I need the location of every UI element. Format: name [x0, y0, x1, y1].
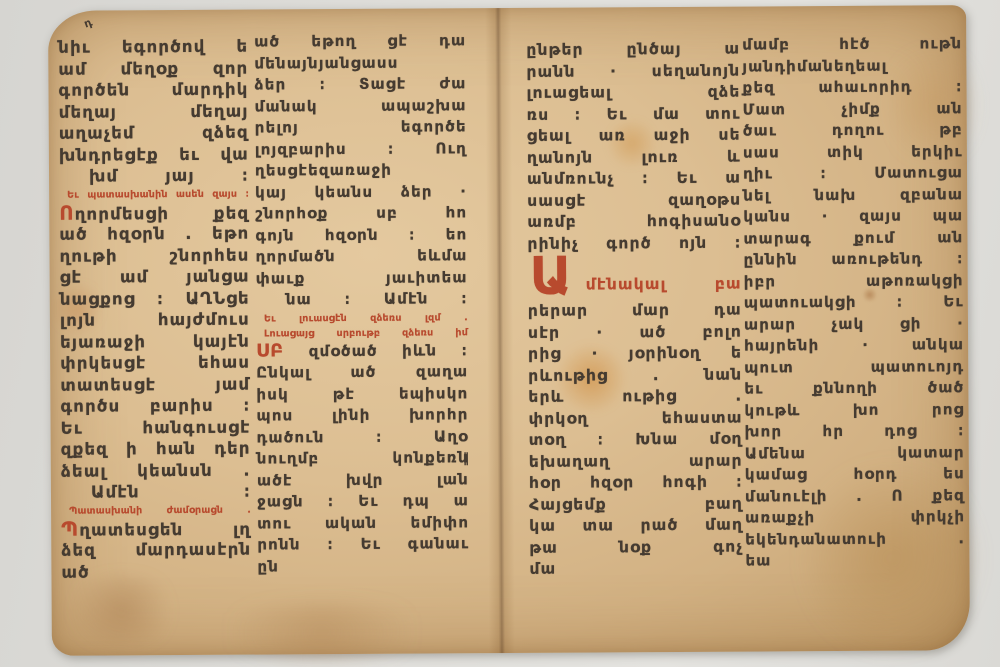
body-text: նա ։ Ամէն ։: [286, 289, 468, 308]
body-text: ամ մեղօք զոր: [58, 58, 248, 78]
text-line: Ողորմեսցի քեզ: [59, 201, 249, 224]
body-text: ած հզօրն . եթո: [59, 224, 249, 244]
body-text: զմօծած իևն ։: [284, 341, 468, 360]
text-line: մա: [529, 558, 743, 581]
body-text: տատեսցէ յամ: [60, 374, 250, 394]
paper-stain: [61, 575, 181, 646]
body-text: ղատեսցեն լղ: [79, 519, 251, 539]
text-line: րանն · սեղանոյն: [526, 60, 740, 83]
body-text: ղութի շնորհես: [59, 245, 249, 265]
text-line: Եւ հանգուսցէ: [61, 416, 251, 439]
body-text: եյառաջի կայէն: [60, 331, 250, 351]
text-line: ցեալ առ աջի սե: [527, 125, 741, 148]
text-line: եկենդանատուի .: [745, 528, 965, 551]
body-text: հօր հզօր հոգի ։: [529, 473, 743, 492]
text-line: Ամէնակալ բա: [528, 268, 742, 301]
text-line: ղորմածն եևմա: [255, 245, 467, 268]
text-line: տարագ քում ան: [743, 227, 963, 250]
body-text: եխաղաղ արար: [529, 451, 743, 470]
text-line: գործս բարիս ։: [60, 395, 250, 418]
column-3: ընթեր ընծայ արանն · սեղանոյնլուացեալ զձե…: [526, 39, 743, 581]
body-text: եւ քննողի ծած: [744, 378, 964, 397]
text-line: փաւք յաւիտեա: [256, 267, 468, 290]
text-line: կութև խո րոց: [744, 399, 964, 422]
text-line: զքեզ ի հան դեր: [61, 438, 251, 461]
text-line: նիւ եգործով ե: [58, 36, 248, 59]
text-line: ած եթող ցէ դա: [254, 30, 466, 53]
text-line: եա: [745, 549, 965, 572]
text-line: կայ կեանս ձեր ·: [255, 181, 467, 204]
body-text: մենայնյանցասս: [254, 53, 398, 72]
body-text: տու ական եմիփո: [257, 513, 469, 532]
body-text: պուտ պատուոյդ: [744, 357, 964, 376]
text-line: լոյն հայժմուս: [60, 309, 250, 332]
body-text: նուղմբ կոնքեռն: [257, 448, 469, 467]
text-line: Ամենա կատար: [745, 442, 965, 465]
rubric-text: Լուացայց սրբութբ զձեռս իմ: [264, 327, 468, 339]
body-text: ըն: [257, 557, 279, 575]
text-line: մանուէլի . Ո քեզ: [745, 485, 965, 508]
text-line: ծաւ դողու թբ: [743, 119, 963, 142]
manuscript-photo: դ ‖ նիւ եգործով եամ մեղօք զորգործեն մարդ…: [0, 0, 1000, 667]
body-text: կութև խո րոց: [744, 400, 964, 419]
body-text: իսկ թէ եպիսկո: [256, 384, 468, 403]
body-text: լոյզբարիս ։ Ուղ: [255, 139, 467, 158]
body-text: ձեզ մարդասէրն: [61, 540, 251, 560]
text-line: կանս · զայս պա: [743, 205, 963, 228]
text-line: մեղայ մեղայ: [59, 100, 249, 123]
body-text: մեղայ մեղայ: [59, 101, 249, 121]
body-text: ղորմեսցի քեզ: [75, 203, 250, 223]
body-text: խնդրեցէք եւ վա: [59, 144, 249, 164]
text-line: նա ։ Ամէն ։: [256, 288, 468, 311]
text-line: ձեր ։ Տացէ ժա: [254, 73, 466, 96]
body-text: նել նախ զբանա: [743, 185, 963, 204]
text-line: կա տա րած մաղ: [529, 515, 743, 538]
column-2: ած եթող ցէ դամենայնյանցասսձեր ։ Տացէ ժամ…: [254, 30, 469, 577]
body-text: Ամէն ։: [91, 482, 251, 502]
body-text: գոյն հզօրն ։ եո: [255, 225, 467, 244]
text-line: եւ քննողի ծած: [744, 377, 964, 400]
body-text: ցեալ առ աջի սե: [527, 126, 741, 145]
body-text: ըննին առութենդ ։: [744, 249, 964, 268]
body-text: Եւ հանգուսցէ: [61, 417, 251, 437]
text-line: րելոյ եգործե: [255, 116, 467, 139]
text-line: հօր հզօր հոգի ։: [529, 472, 743, 495]
text-line: տօղ ։ Խնա մօղ: [529, 429, 743, 452]
body-text: սաս տիկ երկիւ: [743, 142, 963, 161]
text-line: Պատասխանի ժամօրացն .: [61, 502, 251, 518]
text-line: տու ական եմիփո: [257, 512, 469, 535]
text-line: Եւ պատասխանին ասեն զայս ։: [59, 186, 249, 202]
body-text: գործեն մարդիկ: [58, 80, 248, 100]
text-line: Հայցեմք բաղ: [529, 493, 743, 516]
text-line: ՍԲ զմօծած իևն ։: [256, 340, 468, 363]
text-line: ղիւ ։ Մատուցա: [743, 162, 963, 185]
text-line: մանակ ապաշխա: [255, 95, 467, 118]
body-text: դածուն ։ Աղօ: [257, 427, 469, 446]
body-text: կայ կեանս ձեր ·: [255, 182, 467, 201]
page-gutter-shadow: [485, 8, 515, 653]
text-line: ած: [61, 560, 251, 583]
body-text: զքեզ ի հան դեր: [61, 439, 251, 459]
body-text: մանուէլի . Ո քեզ: [745, 486, 965, 505]
body-text: շնորհօք սբ հո: [255, 203, 467, 222]
body-text: սէր · ած բոլո: [528, 322, 742, 341]
rubric-text: Եւ լուասցէն զձեռս լզմ .: [264, 312, 468, 324]
text-line: սասցէ զաղօթս: [527, 189, 741, 212]
text-line: ջացն ։ Եւ դպ ա: [257, 490, 469, 513]
body-text: յանդիմանեղեալ: [742, 56, 887, 75]
text-line: սէր · ած բոլո: [528, 321, 742, 344]
text-line: ձեզ մարդասէրն: [61, 539, 251, 562]
text-line: Մատ չիմք ան: [743, 98, 963, 121]
text-line: մամբ հէծ ութն: [742, 33, 962, 56]
rubric-text: Եւ պատասխանին ասեն զայս ։: [67, 188, 249, 200]
body-text: խմ յայ ։: [89, 166, 249, 186]
body-text: մանակ ապաշխա: [255, 96, 467, 115]
text-line: պատուակցի ։ Եւ: [744, 291, 964, 314]
text-line: ածէ խվր լան: [257, 469, 469, 492]
text-line: նուղմբ կոնքեռն: [257, 447, 469, 470]
body-text: եկենդանատուի .: [745, 529, 965, 548]
body-text: գործս բարիս ։: [60, 396, 250, 416]
text-line: գոյն հզօրն ։ եո: [255, 224, 467, 247]
text-line: ած հզօրն . եթո: [59, 223, 249, 246]
paper-stain: [202, 603, 442, 659]
text-line: նացքոց ։ ԱՂՆցե: [60, 287, 250, 310]
body-text: փաւք յաւիտեա: [256, 268, 468, 287]
body-text: ձեալ կեանսն .: [61, 460, 251, 480]
column-4: մամբ հէծ ութնյանդիմանեղեալքեզ ահաւորիդ ։…: [742, 33, 965, 572]
body-text: ղիւ ։ Մատուցա: [743, 163, 963, 182]
text-line: փրկեսցէ եհաս: [60, 352, 250, 375]
text-line: առաքչի փրկչի: [745, 506, 965, 529]
body-text: թա նօք գոչ: [529, 537, 743, 556]
text-line: ամ մեղօք զոր: [58, 57, 248, 80]
text-line: դածուն ։ Աղօ: [257, 426, 469, 449]
text-line: պուտ պատուոյդ: [744, 356, 964, 379]
body-text: արար չակ ցի ·: [744, 314, 964, 333]
text-line: իբր աթոռակցի: [744, 270, 964, 293]
body-text: փրկեսցէ եհաս: [60, 353, 250, 373]
body-text: հայրենի · անկա: [744, 335, 964, 354]
body-text: փրկօղ եհաստա: [528, 408, 742, 427]
text-line: խոր հր դոց ։: [745, 420, 965, 443]
column-1: նիւ եգործով եամ մեղօք զորգործեն մարդիկմե…: [58, 36, 251, 583]
text-line: յանդիմանեղեալ: [742, 55, 962, 78]
body-text: անմռունչ ։ Եւ ա: [527, 169, 741, 188]
text-line: մենայնյանցասս: [254, 52, 466, 75]
rubric-text: Ո: [59, 201, 75, 224]
text-line: շնորհօք սբ հո: [255, 202, 467, 225]
body-text: տարագ քում ան: [743, 228, 963, 247]
body-text: լուացեալ զձե: [526, 83, 740, 102]
body-text: րելոյ եգործե: [255, 117, 467, 136]
text-line: Եւ լուասցէն զձեռս լզմ .: [256, 310, 468, 326]
text-line: խնդրեցէք եւ վա: [59, 143, 249, 166]
body-text: ջացն ։ Եւ դպ ա: [257, 491, 469, 510]
text-line: ղանոյն լուռ և: [527, 146, 741, 169]
text-line: պոս լինի խորհր: [256, 404, 468, 427]
body-text: Հայցեմք բաղ: [529, 494, 743, 513]
body-text: րոնն ։ Եւ գանաւ: [257, 534, 469, 553]
text-line: ընթեր ընծայ ա: [526, 39, 740, 62]
text-line: ըն: [257, 555, 469, 578]
text-line: քեզ ահաւորիդ ։: [742, 76, 962, 99]
flourish-mark: դ: [82, 16, 94, 31]
text-line: Ամէն ։: [61, 481, 251, 504]
body-text: սասցէ զաղօթս: [527, 190, 741, 209]
text-line: ղութի շնորհես: [59, 244, 249, 267]
text-line: ձեալ կեանսն .: [61, 459, 251, 482]
body-text: մա: [529, 560, 556, 578]
body-text: երև ութից .: [528, 387, 742, 406]
rubric-text: մէնակալ բա: [586, 275, 742, 294]
body-text: մամբ հէծ ութն: [742, 34, 962, 53]
text-line: սաս տիկ երկիւ: [743, 141, 963, 164]
body-text: եա: [745, 551, 771, 569]
text-line: րից · յօրինօղ ե: [528, 343, 742, 366]
body-text: ղորմածն եևմա: [255, 246, 467, 265]
body-text: ած եթող ցէ դա: [254, 31, 466, 50]
body-text: աղաչեմ զձեզ: [59, 123, 249, 143]
body-text: Մատ չիմք ան: [743, 99, 963, 118]
body-text: նիւ եգործով ե: [58, 37, 248, 57]
illuminated-initial: Ա: [530, 251, 574, 303]
text-line: իսկ թէ եպիսկո: [256, 383, 468, 406]
body-text: ծաւ դողու թբ: [743, 120, 963, 139]
text-line: լոյզբարիս ։ Ուղ: [255, 138, 467, 161]
body-text: ռս ։ Եւ մա տու: [527, 104, 741, 123]
body-text: քեզ ահաւորիդ ։: [742, 77, 962, 96]
body-text: ածէ խվր լան: [257, 470, 469, 489]
body-text: առաքչի փրկչի: [745, 507, 965, 526]
text-line: ըննին առութենդ ։: [744, 248, 964, 271]
body-text: րից · յօրինօղ ե: [528, 344, 742, 363]
body-text: նացքոց ։ ԱՂՆցե: [60, 288, 250, 308]
text-line: թա նօք գոչ: [529, 536, 743, 559]
text-line: խմ յայ ։: [59, 165, 249, 188]
text-line: աղաչեմ զձեզ: [59, 122, 249, 145]
text-line: անմռունչ ։ Եւ ա: [527, 168, 741, 191]
text-line: րևութից . նան: [528, 364, 742, 387]
text-line: կամաց հօրդ ես: [745, 463, 965, 486]
body-text: ձեր ։ Տացէ ժա: [254, 74, 466, 93]
body-text: րանն · սեղանոյն: [526, 61, 740, 80]
body-text: Ընկալ ած զաղա: [256, 362, 468, 381]
body-text: առմբ հոգիսանօ: [527, 212, 741, 231]
text-line: ղեսցէեզառաջի: [255, 159, 467, 182]
body-text: ընթեր ընծայ ա: [526, 40, 740, 59]
manuscript-spread: դ ‖ նիւ եգործով եամ մեղօք զորգործեն մարդ…: [48, 5, 970, 656]
body-text: ցէ ամ յանցա: [60, 267, 250, 287]
text-line: տատեսցէ յամ: [60, 373, 250, 396]
body-text: լոյն հայժմուս: [60, 310, 250, 330]
rubric-text: Պ: [61, 517, 79, 540]
text-line: արար չակ ցի ·: [744, 313, 964, 336]
body-text: տօղ ։ Խնա մօղ: [529, 430, 743, 449]
text-line: րոնն ։ Եւ գանաւ: [257, 533, 469, 556]
body-text: խոր հր դոց ։: [745, 421, 965, 440]
text-line: ռս ։ Եւ մա տու: [527, 103, 741, 126]
text-line: երև ութից .: [528, 386, 742, 409]
body-text: կա տա րած մաղ: [529, 516, 743, 535]
body-text: իբր աթոռակցի: [744, 271, 964, 290]
body-text: ած: [61, 562, 90, 581]
text-line: եխաղաղ արար: [529, 450, 743, 473]
body-text: կանս · զայս պա: [743, 206, 963, 225]
body-text: ղեսցէեզառաջի: [255, 161, 392, 180]
rubric-text: Պատասխանի ժամօրացն .: [69, 504, 251, 516]
body-text: Ամենա կատար: [745, 443, 965, 462]
text-line: ցէ ամ յանցա: [60, 266, 250, 289]
body-text: պոս լինի խորհր: [256, 405, 468, 424]
text-line: նել նախ զբանա: [743, 184, 963, 207]
text-line: լուացեալ զձե: [526, 82, 740, 105]
text-line: Պղատեսցեն լղ: [61, 517, 251, 540]
rubric-text: ՍԲ: [256, 341, 284, 361]
text-line: Ընկալ ած զաղա: [256, 361, 468, 384]
text-line: փրկօղ եհաստա: [528, 407, 742, 430]
body-text: պատուակցի ։ Եւ: [744, 292, 964, 311]
body-text: ղանոյն լուռ և: [527, 147, 741, 166]
text-line: եյառաջի կայէն: [60, 330, 250, 353]
body-text: կամաց հօրդ ես: [745, 464, 965, 483]
text-line: Լուացայց սրբութբ զձեռս իմ: [256, 325, 468, 341]
text-line: առմբ հոգիսանօ: [527, 211, 741, 234]
text-line: գործեն մարդիկ: [58, 79, 248, 102]
text-line: հայրենի · անկա: [744, 334, 964, 357]
body-text: րևութից . նան: [528, 365, 742, 384]
